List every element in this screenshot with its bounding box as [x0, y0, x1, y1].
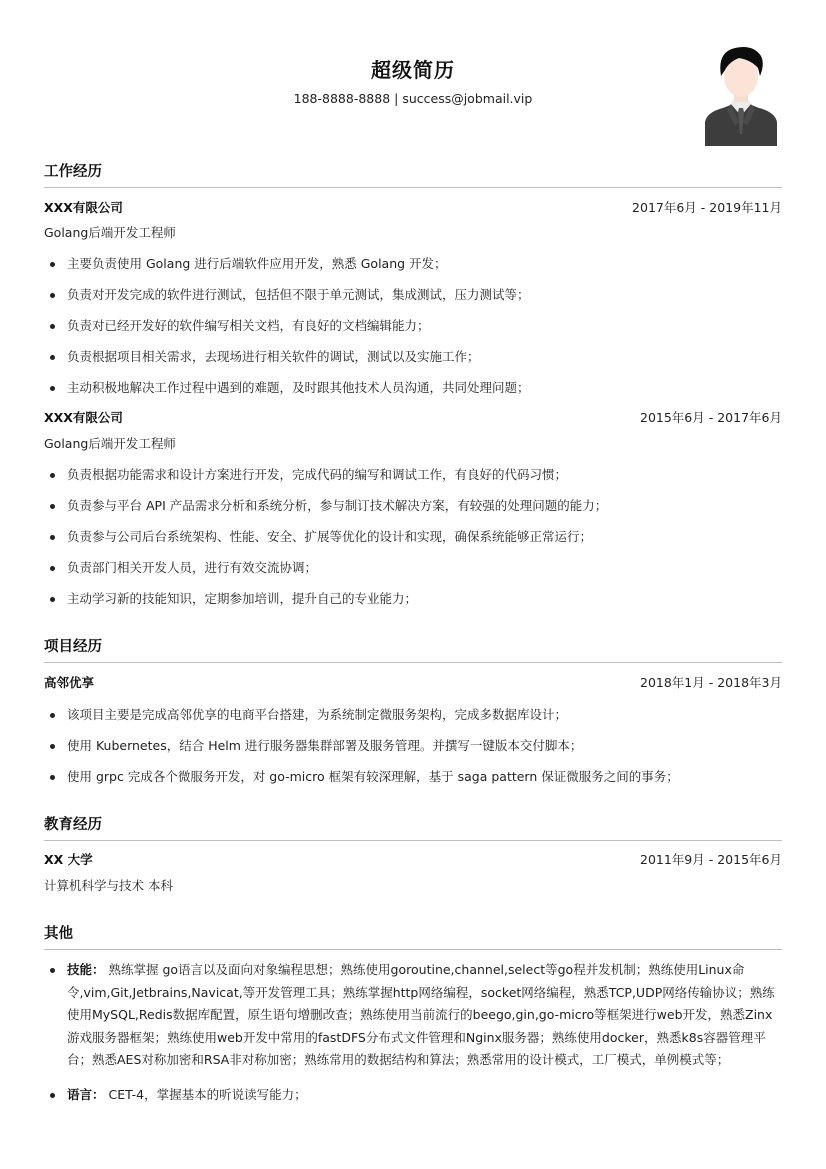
- company-name: XXX有限公司: [44, 198, 123, 218]
- list-item: 使用 Kubernetes，结合 Helm 进行服务器集群部署及服务管理。并撰写…: [48, 736, 778, 756]
- company-name: XXX有限公司: [44, 408, 123, 428]
- list-item: 负责根据功能需求和设计方案进行开发，完成代码的编写和调试工作，有良好的代码习惯；: [48, 465, 778, 485]
- project-entry-header: 高邻优享 2018年1月 - 2018年3月: [44, 673, 782, 693]
- list-item: 负责对已经开发好的软件编写相关文档，有良好的文档编辑能力；: [48, 316, 778, 336]
- skills-line: 令,vim,Git,Jetbrains,Navicat,等开发管理工具；熟练掌握…: [67, 982, 778, 1005]
- list-item: 主动学习新的技能知识，定期参加培训，提升自己的专业能力；: [48, 589, 778, 609]
- skills-item: 技能： 熟练掌握 go语言以及面向对象编程思想；熟练使用goroutine,ch…: [48, 959, 778, 1072]
- section-other: 其他: [44, 922, 782, 950]
- resume-page: 超级简历 188-8888-8888 | success@jobmail.vip…: [0, 0, 826, 1169]
- date-range: 2015年6月 - 2017年6月: [640, 408, 782, 428]
- education-entry-header: XX 大学 2011年9月 - 2015年6月: [44, 850, 782, 870]
- section-work: 工作经历: [44, 160, 782, 188]
- skills-line: 使用MySQL,Redis数据库配置，原生语句增删改查；熟练使用当前流行的bee…: [67, 1004, 778, 1027]
- project-name: 高邻优享: [44, 673, 94, 693]
- list-item: 主动积极地解决工作过程中遇到的难题，及时跟其他技术人员沟通，共同处理问题；: [48, 378, 778, 398]
- section-divider: [44, 840, 782, 841]
- skills-line: 游戏服务器框架；熟练使用web开发中常用的fastDFS分布式文件管理和Ngin…: [67, 1027, 778, 1050]
- list-item: 负责参与平台 API 产品需求分析和系统分析，参与制订技术解决方案，有较强的处理…: [48, 496, 778, 516]
- language-item: 语言： CET-4，掌握基本的听说读写能力；: [48, 1085, 778, 1105]
- job-title: Golang后端开发工程师: [44, 223, 176, 243]
- section-title-other: 其他: [44, 922, 782, 946]
- date-range: 2018年1月 - 2018年3月: [640, 673, 782, 693]
- list-item: 使用 grpc 完成各个微服务开发，对 go-micro 框架有较深理解，基于 …: [48, 767, 778, 787]
- section-education: 教育经历: [44, 813, 782, 841]
- section-divider: [44, 187, 782, 188]
- list-item: 负责部门相关开发人员，进行有效交流协调；: [48, 558, 778, 578]
- list-item: 主要负责使用 Golang 进行后端软件应用开发，熟悉 Golang 开发；: [48, 254, 778, 274]
- language-text: CET-4，掌握基本的听说读写能力；: [109, 1087, 307, 1102]
- work-entry-1-header: XXX有限公司 2017年6月 - 2019年11月: [44, 198, 782, 218]
- section-divider: [44, 662, 782, 663]
- work-entry-2-header: XXX有限公司 2015年6月 - 2017年6月: [44, 408, 782, 428]
- section-divider: [44, 949, 782, 950]
- date-range: 2017年6月 - 2019年11月: [632, 198, 782, 218]
- list-item: 该项目主要是完成高邻优享的电商平台搭建，为系统制定微服务架构，完成多数据库设计；: [48, 705, 778, 725]
- job-title: Golang后端开发工程师: [44, 434, 176, 454]
- skills-line: 台；熟悉AES对称加密和RSA非对称加密；熟练常用的数据结构和算法；熟悉常用的设…: [67, 1049, 778, 1072]
- major-degree: 计算机科学与技术 本科: [44, 876, 173, 896]
- list-item: 负责对开发完成的软件进行测试，包括但不限于单元测试，集成测试，压力测试等；: [48, 285, 778, 305]
- avatar-icon: [703, 42, 779, 146]
- school-name: XX 大学: [44, 850, 93, 870]
- section-title-work: 工作经历: [44, 160, 782, 184]
- list-item: 负责根据项目相关需求，去现场进行相关软件的调试，测试以及实施工作；: [48, 347, 778, 367]
- skills-label: 技能：: [67, 962, 105, 977]
- section-title-education: 教育经历: [44, 813, 782, 837]
- date-range: 2011年9月 - 2015年6月: [640, 850, 782, 870]
- skills-line: 熟练掌握 go语言以及面向对象编程思想；熟练使用goroutine,channe…: [109, 962, 745, 977]
- section-title-projects: 项目经历: [44, 635, 782, 659]
- list-item: 负责参与公司后台系统架构、性能、安全、扩展等优化的设计和实现，确保系统能够正常运…: [48, 527, 778, 547]
- language-label: 语言：: [67, 1087, 105, 1102]
- section-projects: 项目经历: [44, 635, 782, 663]
